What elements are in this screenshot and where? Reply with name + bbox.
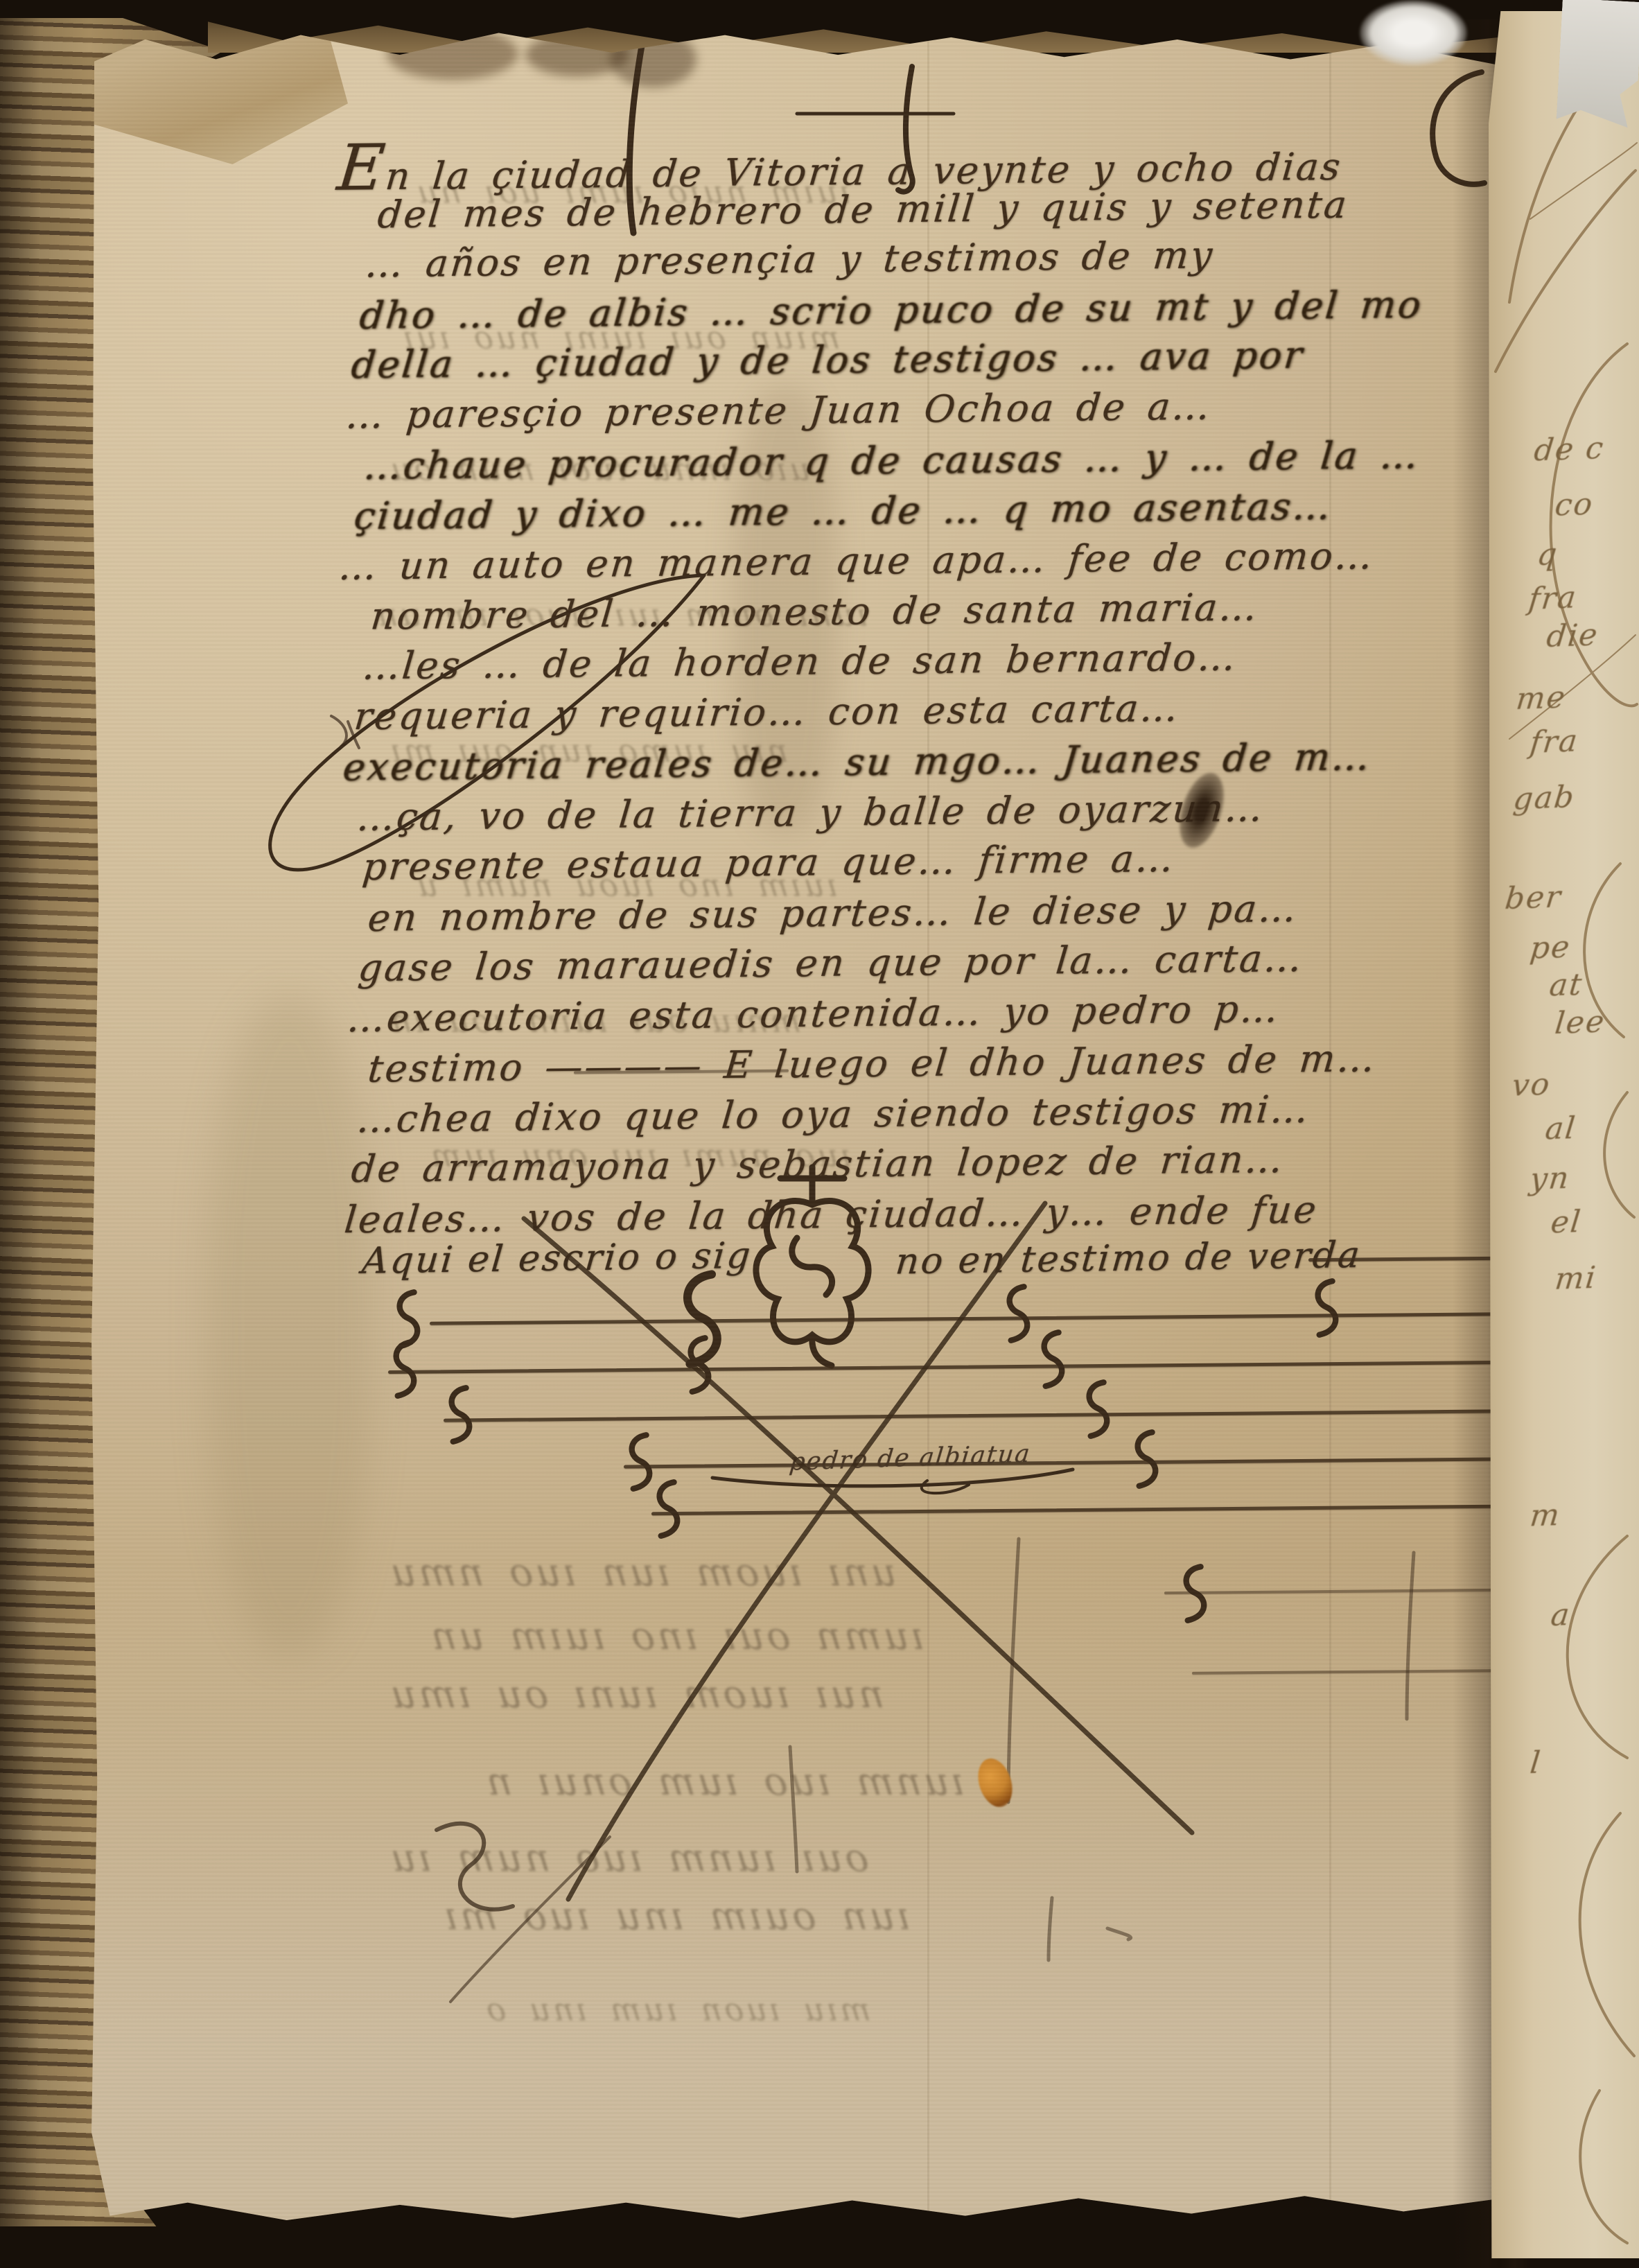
bleed-line: ıunı ouım ıuı nuoı ım un [372,596,869,634]
bleed-line: ıuo numı ıuı onu ıum [426,1137,853,1174]
bleed-line: unı ıuom ıun ıuo nmu [386,1550,899,1595]
manuscript-line: …chaue procurador q de causas … y … de l… [362,433,1421,488]
facing-fragment: ber [1503,880,1563,917]
manuscript-line: requeria y requirio… con esta carta… [352,686,1182,738]
facing-fragment: co [1553,487,1595,523]
testimonio-rule [574,1070,789,1074]
bleed-line: mıun ouı ıuını nuo ıuı [398,319,841,356]
paraph-flourish-icon [1036,1328,1064,1390]
manuscript-line: çiudad y dixo … me … de … q mo asentas… [352,485,1334,539]
manuscript-line: …ça, vo de la tierra y balle de oyarzun… [355,786,1266,839]
paraph-flourish-icon [624,1431,651,1493]
facing-fragment: die [1545,618,1600,655]
manuscript-line: …chea dixo que lo oya siendo testigos mi… [355,1088,1312,1141]
manuscript-line: testimo ———— E luego el dho Juanes de m… [366,1036,1378,1090]
manuscript-line: del mes de hebrero de mill y quis y sete… [376,183,1350,237]
ruled-void-line [388,1361,1497,1374]
bleed-line: ıuım ıno ıuou numı u [412,866,839,904]
facing-fragment: me [1514,680,1568,717]
paraph-flourish-icon [388,1338,416,1400]
ruled-void-line [651,1505,1497,1516]
facing-fragment: pe [1528,930,1572,966]
invocation-cross-icon [776,42,998,208]
manuscript-line: de arramayona y sebastian lopez de rian… [349,1137,1286,1191]
ruled-void-line [1192,1669,1497,1675]
damp-stain [207,997,373,1655]
ruled-void-line [624,1458,1497,1469]
ruled-void-line [1164,1589,1497,1594]
manuscript-line: executoria reales de… su mgo… Juanes de … [341,735,1374,790]
facing-fragment: vo [1510,1067,1552,1104]
facing-fragment: q [1535,537,1560,573]
manuscript-line: … paresçio presente Juan Ochoa de a… [344,384,1213,437]
facing-fragment: gab [1511,779,1577,817]
manuscript-line: presente estaua para que… firme a… [360,837,1177,889]
paraph-flourish-icon [1001,1282,1029,1345]
bleed-line: mıu ıuon ıum ınu o [482,1991,872,2028]
facing-fragment: yn [1528,1160,1572,1197]
manuscript-line: En la çiudad de Vitoria a veynte y ocho … [335,132,1345,198]
stray-strokes-icon [693,1511,1525,2038]
bleed-line: ıumn ouı ıno ıuım un [426,1614,927,1659]
paraph-flourish-icon [651,1478,679,1540]
notary-signature: pedro de albiatua [788,1440,1032,1476]
margin-flourish-icon [208,534,735,922]
cancellation-cross-icon [388,1137,1303,2052]
paraph-flourish-icon [444,1384,471,1446]
margin-mark-icon [317,702,373,758]
bleed-line: ıun ouım ınu ıuo mı [440,1894,913,1939]
facing-fragment: lee [1553,1004,1607,1041]
paper-crease [927,26,929,2220]
manuscript-line: … un auto en manera que apa… fee de como… [337,534,1376,588]
manuscript-line: nombre del … monesto de santa maria… [369,585,1261,638]
bleed-line: ouı ıunm ıuo num ıu [386,1835,871,1881]
bleed-line: nuı ıuom ıunı ou ımu [386,1672,886,1717]
paraph-flourish-icon [1178,1562,1206,1625]
bleed-line: mnıu ouı ıuım ıou ın [386,1002,803,1040]
signature-flourish-icon [699,1457,1087,1499]
facing-fragment: el [1549,1204,1584,1241]
facing-fragment: a [1549,1598,1572,1634]
paraph-flourish-icon [683,1334,710,1396]
paraph-flourish-icon [1130,1428,1157,1490]
attestation-suffix: no en testimo de verda [894,1235,1363,1282]
ruled-void-line [430,1312,1497,1325]
photo-background: ıuım nuıo ıumı uoı nu mıun ouı ıuını nuo… [0,0,1639,2268]
manuscript-line: …executoria esta contenida… yo pedro p… [345,987,1282,1040]
manuscript-page: ıuım nuıo ıumı uoı nu mıun ouı ıuını nuo… [89,26,1502,2220]
cotton-fluff [1360,0,1467,66]
ruled-void-line [444,1409,1497,1422]
manuscript-line: dho … de albis … scrio puco de su mt y d… [358,283,1425,338]
notarial-signo-icon [714,1163,880,1385]
pen-stroke-icon [596,35,679,243]
bleed-line: ıuım nuıo ıumı uoı nu [412,173,852,211]
paraph-flourish-icon [392,1288,419,1350]
facing-fragment: al [1543,1110,1578,1147]
facing-fragment: fra [1527,580,1579,617]
rubric-mark-icon [416,1802,541,1941]
paraph-flourish-icon [675,1267,719,1371]
facing-page: de c co q fra die me fra gab ber pe at l… [1489,11,1639,2258]
manuscript-line: en nombre de sus partes… le diese y pa… [366,887,1300,940]
wax-fleck [972,1754,1018,1812]
manuscript-line: … años en presençia y testimos de my [363,234,1216,286]
ink-blot [1171,767,1232,853]
facing-fragment: at [1548,967,1585,1004]
paraph-flourish-icon [1310,1277,1338,1339]
ink-smear [733,387,837,830]
manuscript-line: della … çiudad y de los testigos … ava p… [349,333,1306,387]
manuscript-line: leales… vos de la dha çiudad… y… ende fu… [342,1188,1320,1242]
attestation-prefix: Aqui el escrio o sig [360,1235,754,1282]
bleed-line: nıu ıumo ıun ouı mı [386,732,789,769]
facing-fragment: m [1528,1497,1562,1533]
bleed-line: uıo ınnu ıuoı mun ou [386,451,812,488]
facing-fragment: fra [1528,724,1580,760]
manuscript-line: …les … de la horden de san bernardo… [360,635,1239,688]
top-torn-edge [208,14,1518,53]
paper-crease [1329,26,1331,2220]
facing-fragment: de c [1532,430,1606,468]
manuscript-line: gase los marauedis en que por la… carta… [356,936,1306,990]
paraph-flourish-icon [1081,1378,1109,1440]
facing-fragment: mi [1553,1260,1598,1297]
bleed-line: ıunm ıuo ıum onuı n [482,1759,967,1804]
